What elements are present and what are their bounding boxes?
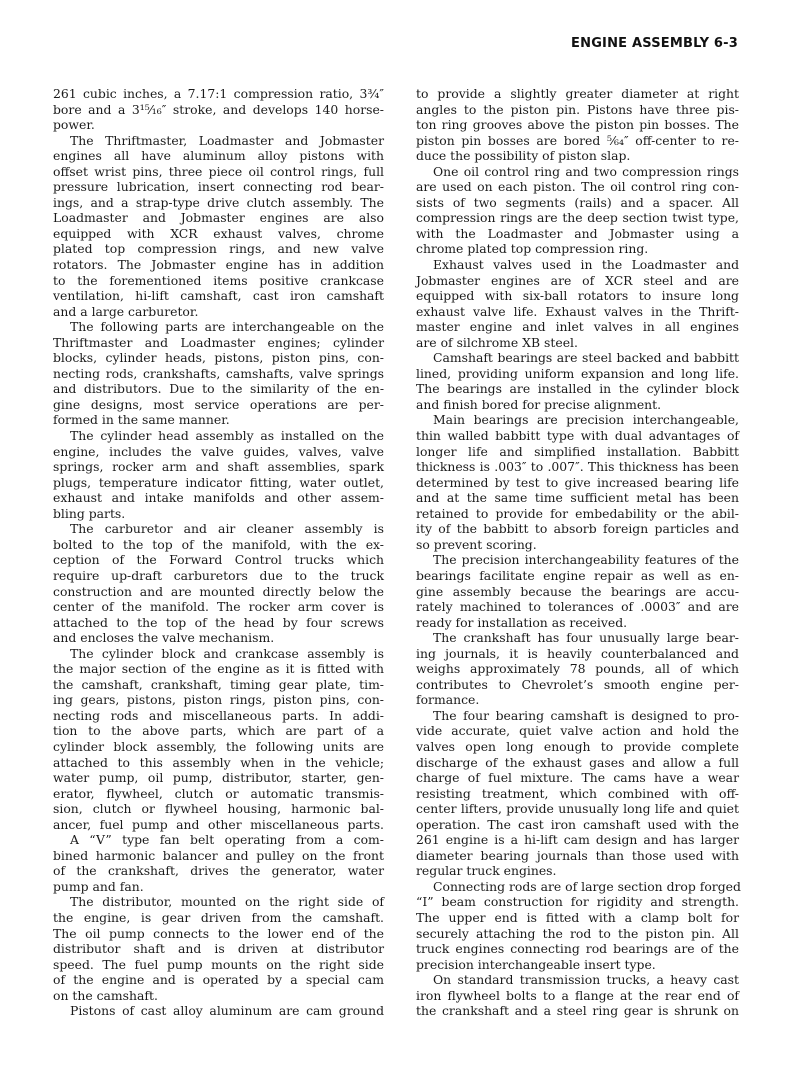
text-line: water pump, oil pump, distributor, start… <box>53 770 384 786</box>
text-line: precision interchangeable insert type. <box>416 957 739 973</box>
text-line: construction and are mounted directly be… <box>53 584 384 600</box>
text-line: The carburetor and air cleaner assembly … <box>53 521 384 537</box>
text-line: pressure lubrication, insert connecting … <box>53 179 384 195</box>
text-line: distributor shaft and is driven at distr… <box>53 941 384 957</box>
text-line: compression rings are the deep section t… <box>416 210 739 226</box>
text-line: One oil control ring and two compression… <box>416 164 739 180</box>
text-line: ventilation, hi-lift camshaft, cast iron… <box>53 288 384 304</box>
text-line: ancer, fuel pump and other miscellaneous… <box>53 817 384 833</box>
text-line: blocks, cylinder heads, pistons, piston … <box>53 350 384 366</box>
text-line: Connecting rods are of large section dro… <box>416 879 739 895</box>
text-line: lined, providing uniform expansion and l… <box>416 366 739 382</box>
text-line: bore and a 3¹⁵⁄₁₆″ stroke, and develops … <box>53 102 384 118</box>
text-line: The upper end is fitted with a clamp bol… <box>416 910 739 926</box>
text-line: bolted to the top of the manifold, with … <box>53 537 384 553</box>
text-line: On standard transmission trucks, a heavy… <box>416 972 739 988</box>
text-line: center lifters, provide unusually long l… <box>416 801 739 817</box>
text-line: equipped with six-ball rotators to insur… <box>416 288 739 304</box>
text-line: thickness is .003″ to .007″. This thickn… <box>416 459 739 475</box>
text-line: are of silchrome XB steel. <box>416 335 739 351</box>
text-line: are used on each piston. The oil control… <box>416 179 739 195</box>
text-line: ings, and a strap-type drive clutch asse… <box>53 195 384 211</box>
text-line: exhaust and intake manifolds and other a… <box>53 490 384 506</box>
text-line: Pistons of cast alloy aluminum are cam g… <box>53 1003 384 1019</box>
text-line: duce the possibility of piston slap. <box>416 148 739 164</box>
text-line: engine, includes the valve guides, valve… <box>53 444 384 460</box>
text-line: Exhaust valves used in the Loadmaster an… <box>416 257 739 273</box>
text-line: of the engine and is operated by a speci… <box>53 972 384 988</box>
text-line: so prevent scoring. <box>416 537 739 553</box>
text-line: necting rods and miscellaneous parts. In… <box>53 708 384 724</box>
text-line: to the forementioned items positive cran… <box>53 273 384 289</box>
text-line: iron flywheel bolts to a flange at the r… <box>416 988 739 1004</box>
text-line: contributes to Chevrolet’s smooth engine… <box>416 677 739 693</box>
text-line: The distributor, mounted on the right si… <box>53 894 384 910</box>
text-line: on the camshaft. <box>53 988 384 1004</box>
page-header: ENGINE ASSEMBLY 6-3 <box>571 36 738 51</box>
text-line: Loadmaster and Jobmaster engines are als… <box>53 210 384 226</box>
text-line: The bearings are installed in the cylind… <box>416 381 739 397</box>
text-line: The crankshaft has four unusually large … <box>416 630 739 646</box>
text-line: thin walled babbitt type with dual advan… <box>416 428 739 444</box>
text-line: and distributors. Due to the similarity … <box>53 381 384 397</box>
text-line: engines all have aluminum alloy pistons … <box>53 148 384 164</box>
text-line: sion, clutch or flywheel housing, harmon… <box>53 801 384 817</box>
text-line: rately machined to tolerances of .0003″ … <box>416 599 739 615</box>
text-line: formance. <box>416 692 739 708</box>
text-line: operation. The cast iron camshaft used w… <box>416 817 739 833</box>
text-line: offset wrist pins, three piece oil contr… <box>53 164 384 180</box>
text-line: ity of the babbitt to absorb foreign par… <box>416 521 739 537</box>
text-line: attached to this assembly when in the ve… <box>53 755 384 771</box>
text-line: diameter bearing journals than those use… <box>416 848 739 864</box>
text-line: springs, rocker arm and shaft assemblies… <box>53 459 384 475</box>
text-line: of the crankshaft, drives the generator,… <box>53 863 384 879</box>
text-line: truck engines connecting rod bearings ar… <box>416 941 739 957</box>
text-line: plugs, temperature indicator fitting, wa… <box>53 475 384 491</box>
text-line: formed in the same manner. <box>53 412 384 428</box>
text-line: ready for installation as received. <box>416 615 739 631</box>
text-line: center of the manifold. The rocker arm c… <box>53 599 384 615</box>
text-line: vide accurate, quiet valve action and ho… <box>416 723 739 739</box>
text-line: bling parts. <box>53 506 384 522</box>
text-line: master engine and inlet valves in all en… <box>416 319 739 335</box>
text-line: erator, flywheel, clutch or automatic tr… <box>53 786 384 802</box>
text-line: necting rods, crankshafts, camshafts, va… <box>53 366 384 382</box>
text-line: charge of fuel mixture. The cams have a … <box>416 770 739 786</box>
text-line: and a large carburetor. <box>53 304 384 320</box>
text-line: angles to the piston pin. Pistons have t… <box>416 102 739 118</box>
text-line: plated top compression rings, and new va… <box>53 241 384 257</box>
text-line: cylinder block assembly, the following u… <box>53 739 384 755</box>
text-line: The Thriftmaster, Loadmaster and Jobmast… <box>53 133 384 149</box>
text-line: resisting treatment, which combined with… <box>416 786 739 802</box>
text-line: 261 engine is a hi-lift cam design and h… <box>416 832 739 848</box>
text-line: The four bearing camshaft is designed to… <box>416 708 739 724</box>
text-line: speed. The fuel pump mounts on the right… <box>53 957 384 973</box>
text-line: power. <box>53 117 384 133</box>
text-line: ing journals, it is heavily counterbalan… <box>416 646 739 662</box>
text-line: exhaust valve life. Exhaust valves in th… <box>416 304 739 320</box>
text-line: and at the same time sufficient metal ha… <box>416 490 739 506</box>
text-line: tion to the above parts, which are part … <box>53 723 384 739</box>
text-line: determined by test to give increased bea… <box>416 475 739 491</box>
text-line: The precision interchangeability feature… <box>416 552 739 568</box>
text-line: The cylinder head assembly as installed … <box>53 428 384 444</box>
text-line: valves open long enough to provide compl… <box>416 739 739 755</box>
text-line: longer life and simplified installation.… <box>416 444 739 460</box>
text-line: attached to the top of the head by four … <box>53 615 384 631</box>
text-line: pump and fan. <box>53 879 384 895</box>
text-line: bined harmonic balancer and pulley on th… <box>53 848 384 864</box>
text-line: securely attaching the rod to the piston… <box>416 926 739 942</box>
text-line: and encloses the valve mechanism. <box>53 630 384 646</box>
right-text-column: to provide a slightly greater diameter a… <box>416 86 739 1019</box>
text-line: chrome plated top compression ring. <box>416 241 739 257</box>
text-line: gine designs, most service operations ar… <box>53 397 384 413</box>
text-line: discharge of the exhaust gases and allow… <box>416 755 739 771</box>
text-line: Thriftmaster and Loadmaster engines; cyl… <box>53 335 384 351</box>
manual-page: ENGINE ASSEMBLY 6-3 261 cubic inches, a … <box>0 0 790 1085</box>
text-line: require up-draft carburetors due to the … <box>53 568 384 584</box>
text-line: The following parts are interchangeable … <box>53 319 384 335</box>
text-line: Main bearings are precision interchangea… <box>416 412 739 428</box>
text-line: 261 cubic inches, a 7.17:1 compression r… <box>53 86 384 102</box>
text-line: the crankshaft and a steel ring gear is … <box>416 1003 739 1019</box>
text-line: the engine, is gear driven from the cams… <box>53 910 384 926</box>
text-line: the camshaft, crankshaft, timing gear pl… <box>53 677 384 693</box>
text-line: with the Loadmaster and Jobmaster using … <box>416 226 739 242</box>
text-line: Jobmaster engines are of XCR steel and a… <box>416 273 739 289</box>
text-line: piston pin bosses are bored ⁵⁄₆₄″ off-ce… <box>416 133 739 149</box>
text-line: equipped with XCR exhaust valves, chrome <box>53 226 384 242</box>
text-line: The cylinder block and crankcase assembl… <box>53 646 384 662</box>
text-line: regular truck engines. <box>416 863 739 879</box>
text-line: bearings facilitate engine repair as wel… <box>416 568 739 584</box>
left-text-column: 261 cubic inches, a 7.17:1 compression r… <box>53 86 384 1019</box>
text-line: weighs approximately 78 pounds, all of w… <box>416 661 739 677</box>
text-line: and finish bored for precise alignment. <box>416 397 739 413</box>
text-line: retained to provide for embedability or … <box>416 506 739 522</box>
text-line: ception of the Forward Control trucks wh… <box>53 552 384 568</box>
text-line: “I” beam construction for rigidity and s… <box>416 894 739 910</box>
text-line: A “V” type fan belt operating from a com… <box>53 832 384 848</box>
text-line: ton ring grooves above the piston pin bo… <box>416 117 739 133</box>
text-line: the major section of the engine as it is… <box>53 661 384 677</box>
text-line: sists of two segments (rails) and a spac… <box>416 195 739 211</box>
text-line: to provide a slightly greater diameter a… <box>416 86 739 102</box>
text-line: gine assembly because the bearings are a… <box>416 584 739 600</box>
text-line: Camshaft bearings are steel backed and b… <box>416 350 739 366</box>
text-line: ing gears, pistons, piston rings, piston… <box>53 692 384 708</box>
text-line: rotators. The Jobmaster engine has in ad… <box>53 257 384 273</box>
text-line: The oil pump connects to the lower end o… <box>53 926 384 942</box>
